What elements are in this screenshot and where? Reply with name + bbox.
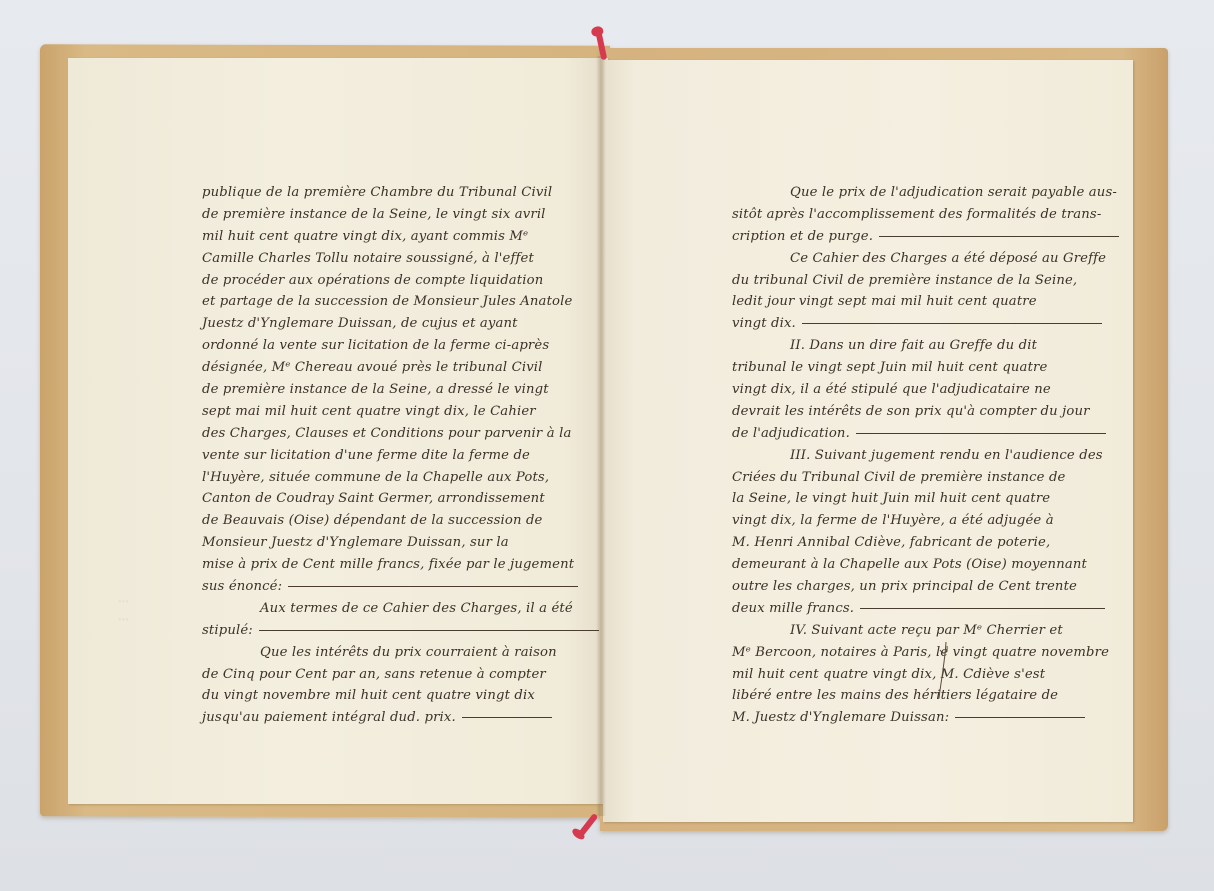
text-line: vingt dix, il a été stipulé que l'adjudi… [732,379,1119,401]
text-line: Juestz d'Ynglemare Duissan, de cujus et … [202,313,599,335]
text-line: II. Dans un dire fait au Greffe du dit [732,335,1119,357]
text-line: outre les charges, un prix principal de … [732,576,1119,598]
filler-rule [802,323,1102,324]
text-line: du tribunal Civil de première instance d… [732,270,1119,292]
left-page-text: publique de la première Chambre du Tribu… [202,182,599,729]
text-line: M. Juestz d'Ynglemare Duissan: [732,707,1119,729]
text-line: IV. Suivant acte reçu par Mᵉ Cherrier et [732,620,1119,642]
text-line: vente sur licitation d'une ferme dite la… [202,445,599,467]
text-line: de Beauvais (Oise) dépendant de la succe… [202,510,599,532]
filler-rule [462,717,552,718]
text-line: Canton de Coudray Saint Germer, arrondis… [202,488,599,510]
paraph-signature-mark [936,640,950,700]
text-line: mil huit cent quatre vingt dix, M. Cdièv… [732,664,1119,686]
text-line: devrait les intérêts de son prix qu'à co… [732,401,1119,423]
text-line: Mᵉ Bercoon, notaires à Paris, le vingt q… [732,642,1119,664]
text-line: de procéder aux opérations de compte liq… [202,270,599,292]
text-line: III. Suivant jugement rendu en l'audienc… [732,445,1119,467]
text-line: de l'adjudication. [732,423,1119,445]
text-line: l'Huyère, située commune de la Chapelle … [202,467,599,489]
text-line: et partage de la succession de Monsieur … [202,291,599,313]
text-line: deux mille francs. [732,598,1119,620]
filler-rule [288,586,578,587]
text-line: vingt dix. [732,313,1119,335]
right-page-text: Que le prix de l'adjudication serait pay… [732,182,1119,729]
text-line: stipulé: [202,620,599,642]
text-line: Que le prix de l'adjudication serait pay… [732,182,1119,204]
text-line: vingt dix, la ferme de l'Huyère, a été a… [732,510,1119,532]
text-line: M. Henri Annibal Cdièvе, fabricant de po… [732,532,1119,554]
filler-rule [879,236,1119,237]
text-line: mise à prix de Cent mille francs, fixée … [202,554,599,576]
text-line: Que les intérêts du prix courraient à ra… [202,642,599,664]
filler-rule [955,717,1085,718]
text-line: sus énoncé: [202,576,599,598]
text-line: de Cinq pour Cent par an, sans retenue à… [202,664,599,686]
text-line: ordonné la vente sur licitation de la fe… [202,335,599,357]
text-line: de première instance de la Seine, a dres… [202,379,599,401]
text-line: des Charges, Clauses et Conditions pour … [202,423,599,445]
text-line: mil huit cent quatre vingt dix, ayant co… [202,226,599,248]
text-line: publique de la première Chambre du Tribu… [202,182,599,204]
text-line: la Seine, le vingt huit Juin mil huit ce… [732,488,1119,510]
filler-rule [259,630,599,631]
text-line: tribunal le vingt sept Juin mil huit cen… [732,357,1119,379]
text-line: du vingt novembre mil huit cent quatre v… [202,685,599,707]
text-line: Aux termes de ce Cahier des Charges, il … [202,598,599,620]
text-line: demeurant à la Chapelle aux Pots (Oise) … [732,554,1119,576]
text-line: de première instance de la Seine, le vin… [202,204,599,226]
text-line: Monsieur Juestz d'Ynglemare Duissan, sur… [202,532,599,554]
filler-rule [860,608,1105,609]
text-line: libéré entre les mains des héritiers lég… [732,685,1119,707]
text-line: désignée, Mᵉ Chereau avoué près le tribu… [202,357,599,379]
filler-rule [856,433,1106,434]
text-line: Camille Charles Tollu notaire soussigné,… [202,248,599,270]
text-line: cription et de purge. [732,226,1119,248]
text-line: ledit jour vingt sept mai mil huit cent … [732,291,1119,313]
text-line: sept mai mil huit cent quatre vingt dix,… [202,401,599,423]
bleed-through-text: … … [118,590,129,626]
text-line: Ce Cahier des Charges a été déposé au Gr… [732,248,1119,270]
text-line: Criées du Tribunal Civil de première ins… [732,467,1119,489]
text-line: sitôt après l'accomplissement des formal… [732,204,1119,226]
text-line: jusqu'au paiement intégral dud. prix. [202,707,599,729]
